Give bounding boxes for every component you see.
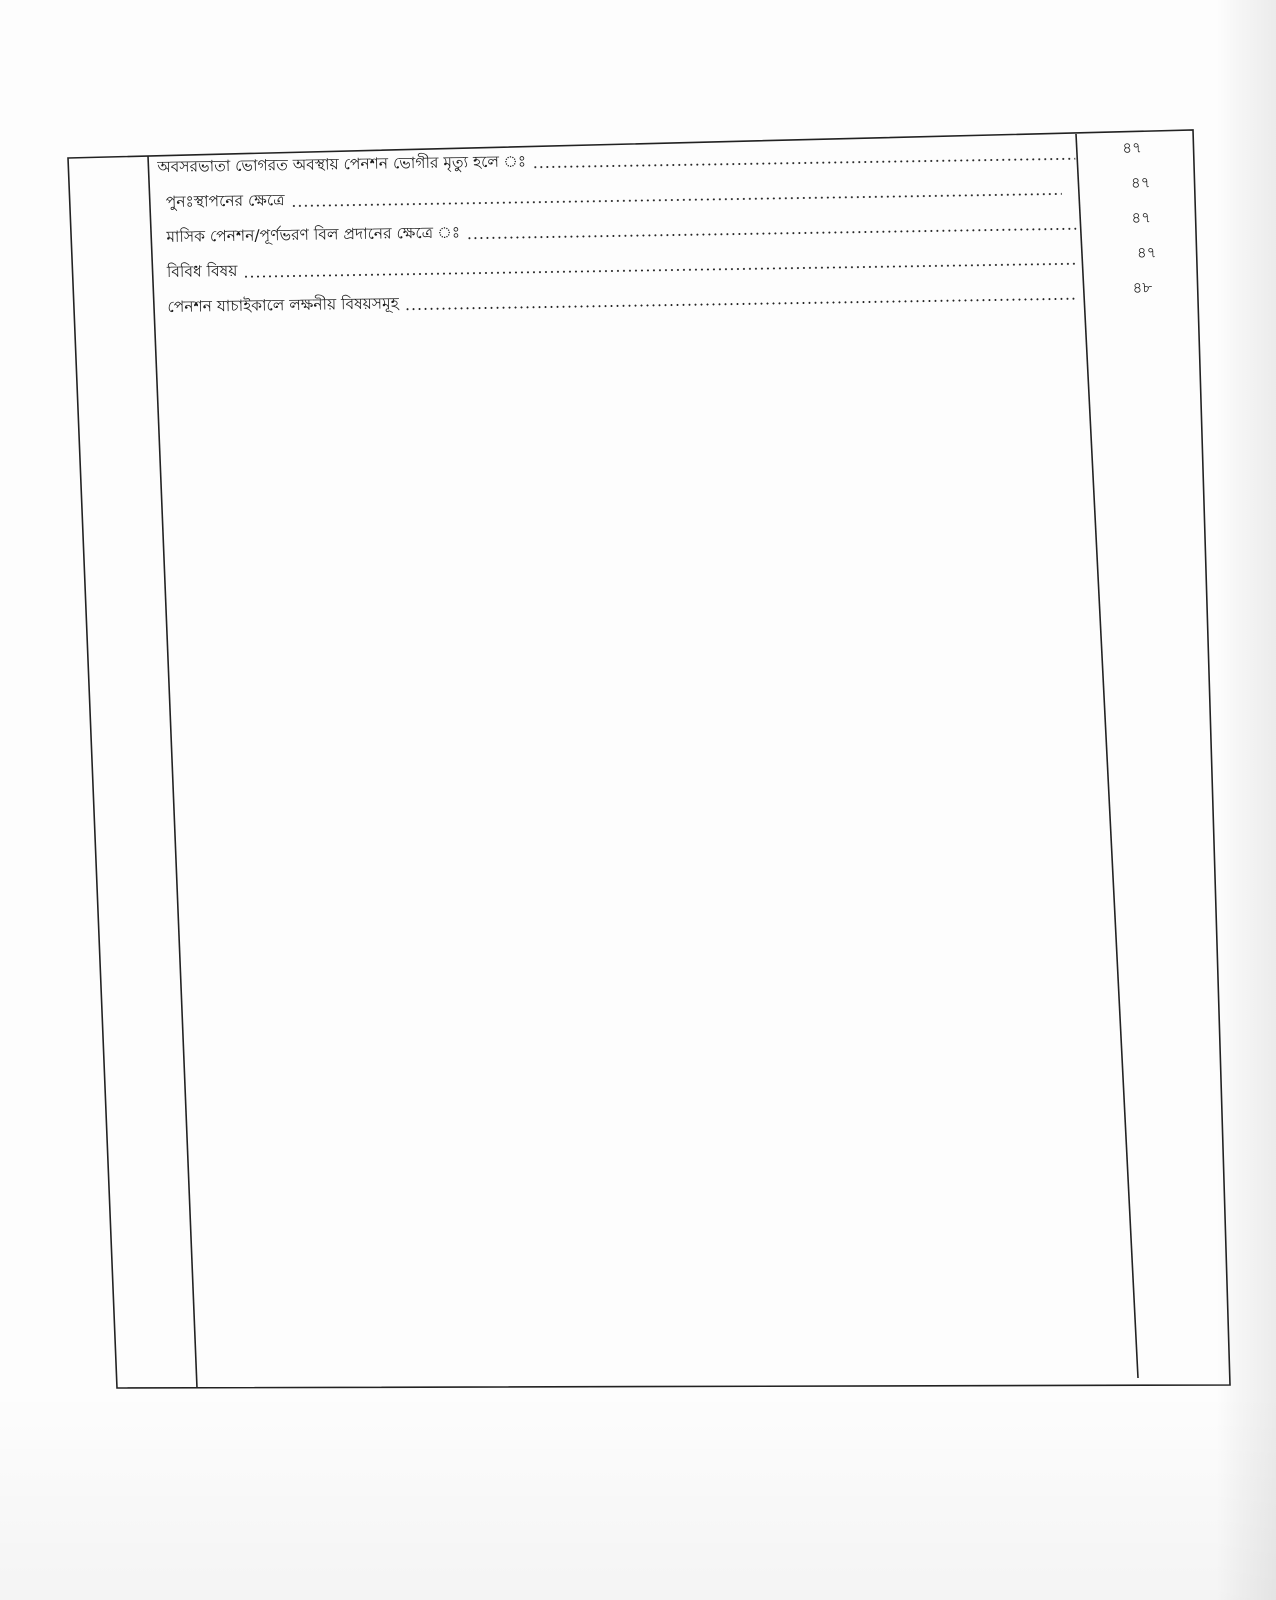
toc-entry-title: বিবিধ বিষয় — [167, 264, 244, 281]
dot-leader — [291, 192, 1062, 206]
dot-leader — [532, 157, 1075, 168]
dot-leader — [243, 262, 1076, 277]
toc-entry-title: পুনঃস্থাপনের ক্ষেত্রে — [166, 193, 291, 210]
column-divider-left — [148, 156, 197, 1388]
dot-leader — [466, 227, 1076, 239]
toc-entry-title: মাসিক পেনশন/পূর্ণভরণ বিল প্রদানের ক্ষেত্… — [166, 225, 466, 245]
toc-entry-page: ৪৭ — [1127, 245, 1167, 261]
toc-entry-title: অবসরভাতা ভোগরত অবস্থায় পেনশন ভোগীর মৃত্… — [157, 154, 532, 175]
toc-entry-page: ৪৭ — [1121, 175, 1161, 191]
toc-entry-page: ৪৮ — [1122, 280, 1162, 296]
column-divider-right — [1076, 134, 1138, 1378]
toc-list: অবসরভাতা ভোগরত অবস্থায় পেনশন ভোগীর মৃত্… — [165, 136, 1078, 325]
toc-entry-title: পেনশন যাচাইকালে লক্ষনীয় বিষয়সমূহ — [167, 296, 405, 315]
toc-entry-page: ৪৭ — [1112, 140, 1152, 156]
dot-leader — [405, 297, 1078, 310]
toc-entry-page: ৪৭ — [1121, 210, 1161, 226]
